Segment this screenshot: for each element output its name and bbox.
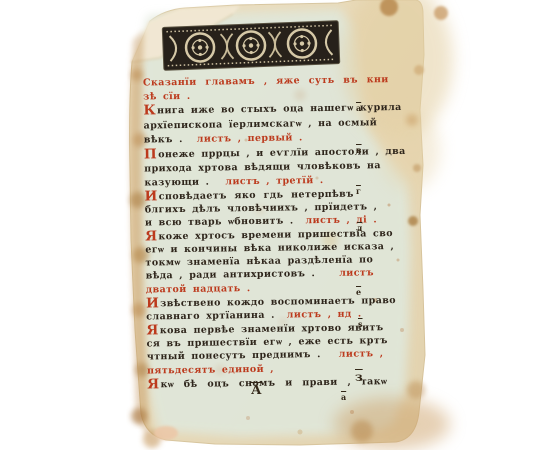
photo-of-book-page: Сказанїи главамъ , яже суть въ книзѣ сїи…	[0, 0, 550, 450]
margin-numeral: е	[356, 288, 361, 297]
margin-numeral: а	[356, 104, 361, 113]
margin-numeral: а	[341, 393, 346, 402]
margin-numeral: д	[357, 224, 362, 233]
margin-marks: авгдеѕзаА	[0, 0, 550, 450]
margin-numeral: з	[355, 373, 363, 382]
margin-numeral: ѕ	[358, 320, 363, 329]
quire-signature: А	[251, 386, 262, 395]
margin-numeral: г	[356, 187, 361, 196]
margin-numeral: в	[356, 146, 362, 155]
